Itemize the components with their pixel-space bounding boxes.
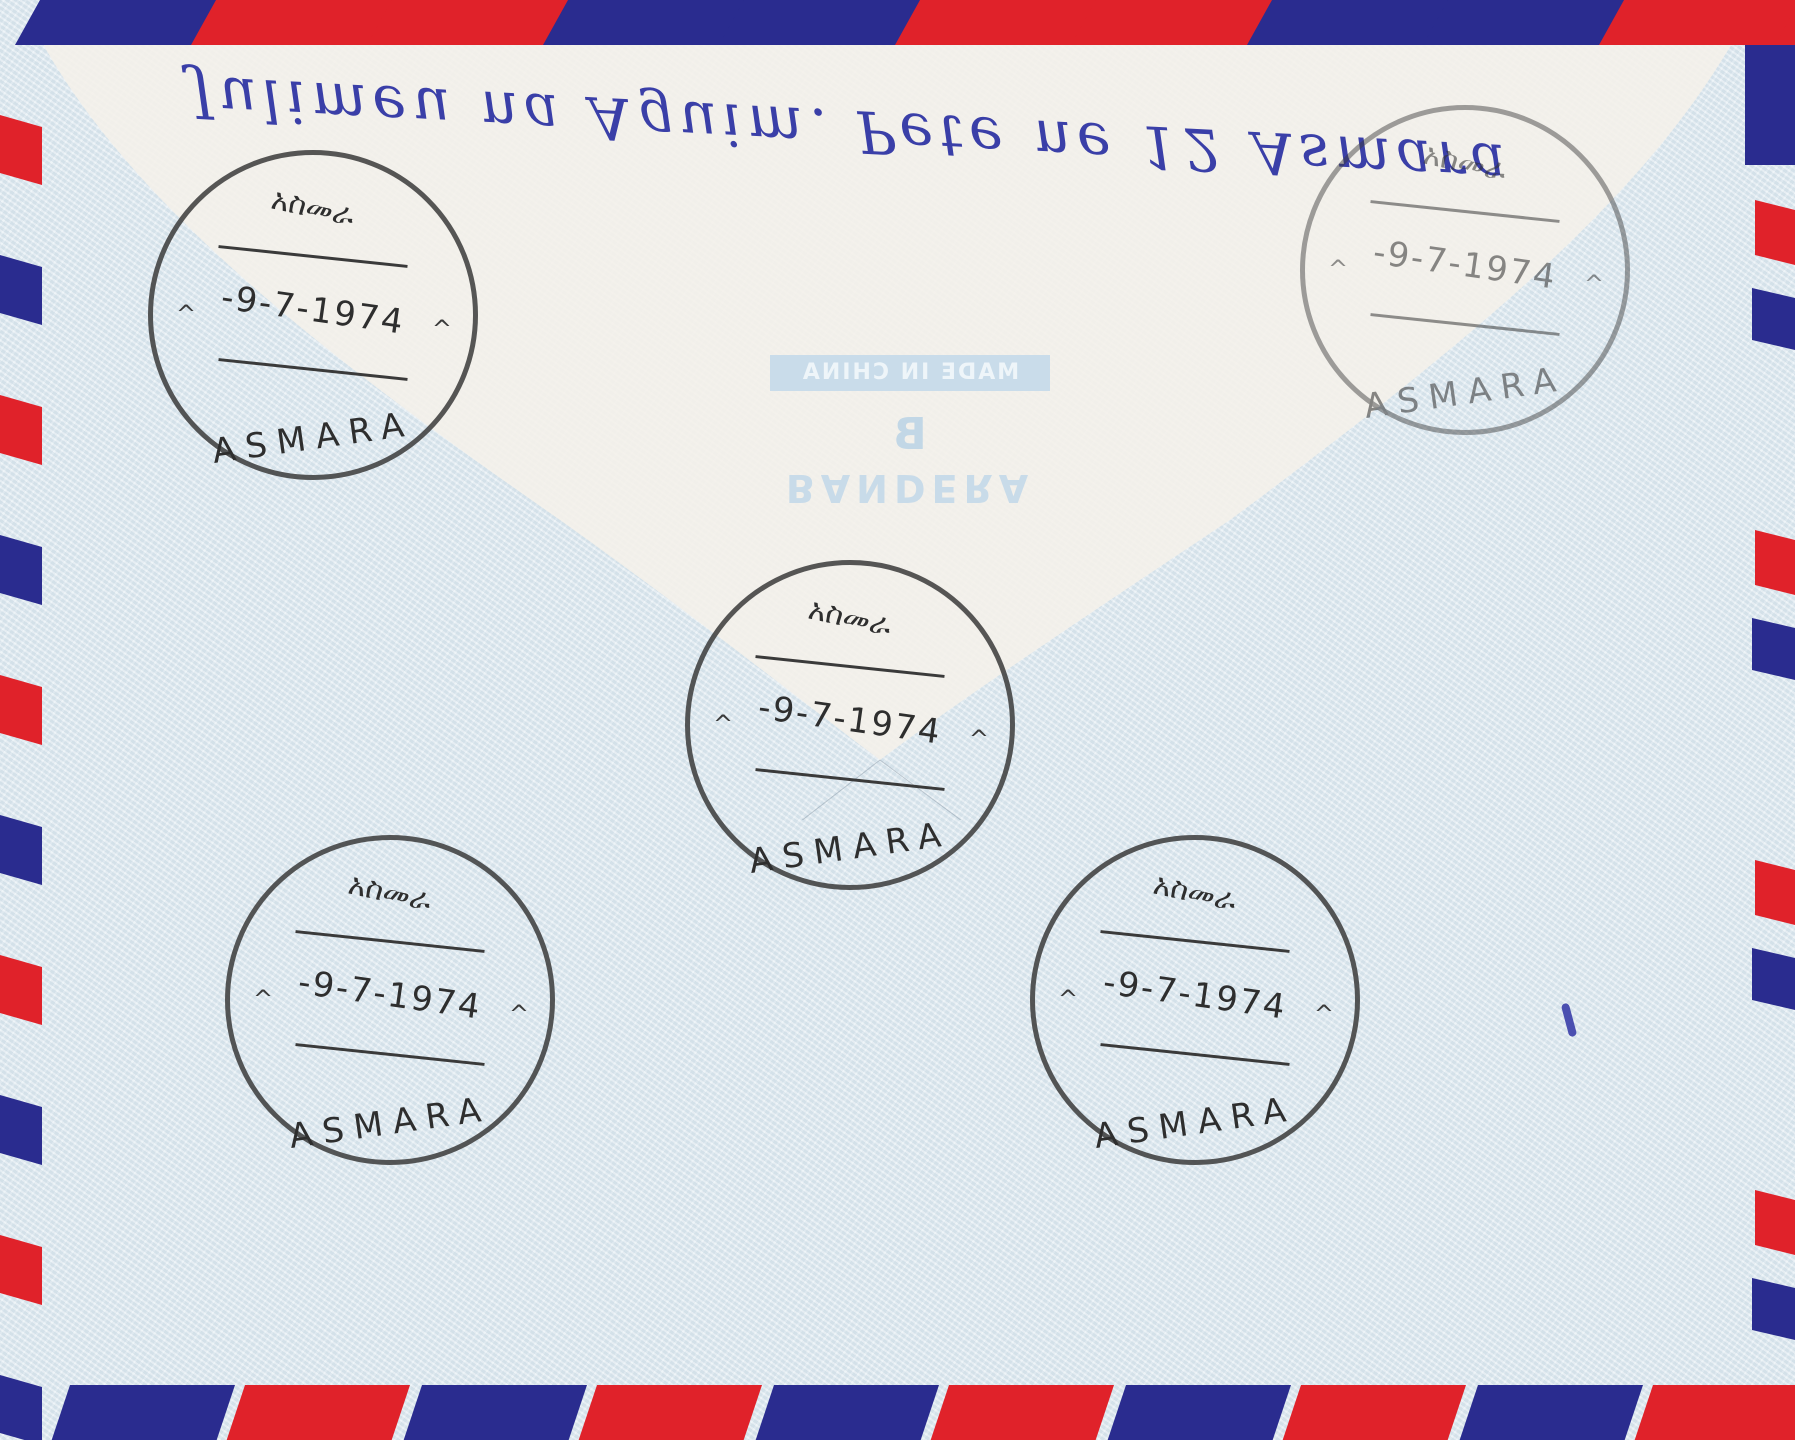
watermark-arc-text: BANDERA [760, 440, 1060, 510]
postmark-tick: ^ [1314, 1000, 1334, 1028]
postmark-tick: ^ [713, 710, 733, 738]
postmark-center: አስመራ ^ -9-7-1974 ^ ASMARA [685, 560, 1015, 890]
postmark-tick: ^ [253, 985, 273, 1013]
postmark-top-left: አስመራ ^ -9-7-1974 ^ ASMARA [148, 150, 478, 480]
postmark-top-right: አስመራ ^ -9-7-1974 ^ ASMARA [1300, 105, 1630, 435]
postmark-tick: ^ [969, 725, 989, 753]
postmark-bottom-left: አስመራ ^ -9-7-1974 ^ ASMARA [225, 835, 555, 1165]
postmark-tick: ^ [432, 315, 452, 343]
manufacturer-watermark: MADE IN CHINA B BANDERA [700, 320, 1120, 550]
postmark-tick: ^ [1328, 255, 1348, 283]
airmail-envelope-back: MADE IN CHINA B BANDERA Julimeu na Aguim… [0, 0, 1795, 1440]
postmark-tick: ^ [1584, 270, 1604, 298]
postmark-tick: ^ [176, 300, 196, 328]
watermark-banner: MADE IN CHINA [770, 355, 1050, 391]
postmark-bottom-right: አስመራ ^ -9-7-1974 ^ ASMARA [1030, 835, 1360, 1165]
postmark-tick: ^ [1058, 985, 1078, 1013]
postmark-tick: ^ [509, 1000, 529, 1028]
